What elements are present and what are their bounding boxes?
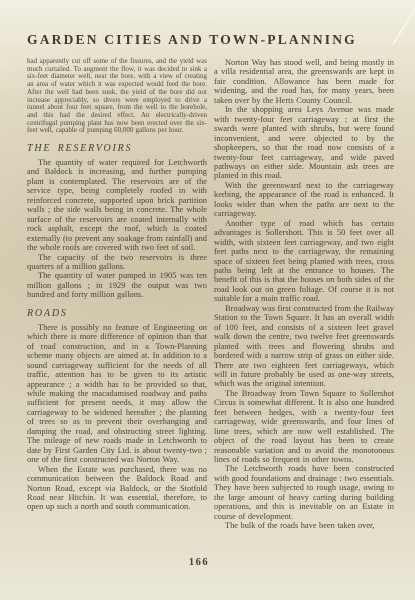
greensward-paragraph: With the greensward next to the carriage…: [214, 181, 394, 219]
roads-paragraph-1: There is possibly no feature of Engineer…: [27, 323, 207, 465]
page-title: GARDEN CITIES AND TOWN-PLANNING: [27, 32, 394, 48]
left-column: had apparently cut off some of the fissu…: [27, 58, 207, 531]
text-columns: had apparently cut off some of the fissu…: [27, 58, 394, 531]
reservoirs-paragraph-1: The quantity of water required for Letch…: [27, 158, 207, 253]
continuation-paragraph: had apparently cut off some of the fissu…: [27, 58, 207, 135]
sollershott-paragraph: Another type of road which has certain a…: [214, 219, 394, 304]
letchworth-roads-paragraph: The Letchworth roads have been construct…: [214, 464, 394, 521]
norton-way-paragraph: Norton Way has stood well, and being mos…: [214, 58, 394, 105]
broadway-town-square-paragraph: The Broadway from Town Square to Sollers…: [214, 389, 394, 465]
reservoirs-paragraph-3: The quantity of water pumped in 1905 was…: [27, 271, 207, 299]
section-heading-roads: ROADS: [27, 308, 207, 319]
reservoirs-paragraph-2: The capacity of the two reservoirs is th…: [27, 253, 207, 272]
page-number: 166: [0, 557, 398, 568]
leys-avenue-paragraph: In the shopping area Leys Avenue was mad…: [214, 105, 394, 181]
section-heading-reservoirs: THE RESERVOIRS: [27, 143, 207, 154]
book-page: GARDEN CITIES AND TOWN-PLANNING had appa…: [0, 0, 415, 600]
roads-taken-over-paragraph: The bulk of the roads have been taken ov…: [214, 521, 394, 530]
broadway-paragraph: Broadway was first constructed from the …: [214, 304, 394, 389]
scan-crease-artifact: [392, 5, 415, 45]
right-column: Norton Way has stood well, and being mos…: [214, 58, 394, 531]
roads-paragraph-2: When the Estate was purchased, there was…: [27, 465, 207, 512]
